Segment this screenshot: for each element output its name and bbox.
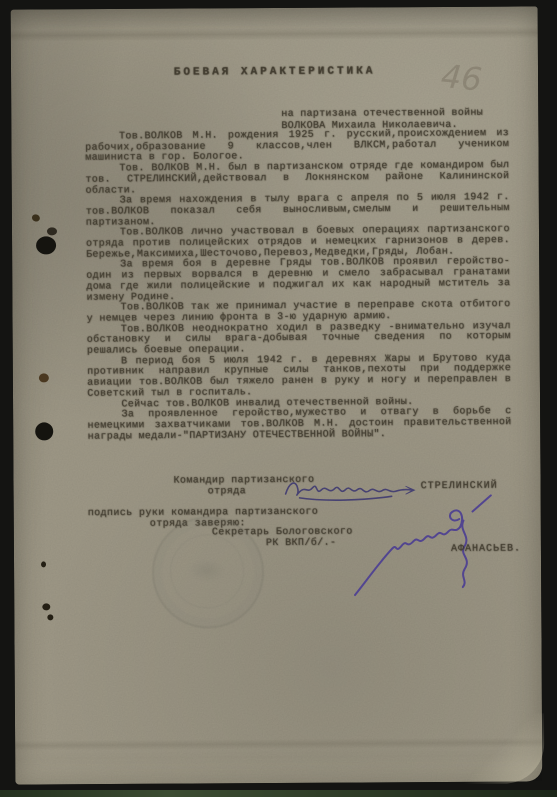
paper-speck (31, 213, 41, 222)
paragraph: За время боя в деревне Гряды тов.ВОЛКОВ … (86, 257, 510, 304)
punch-hole (35, 422, 53, 440)
paper-speck (47, 614, 53, 620)
paragraph: За проявленное геройство,мужество и отва… (87, 407, 511, 443)
scanner-edge-strip (0, 790, 557, 797)
paper-crease (11, 26, 538, 41)
document-body: Тов.ВОЛКОВ М.Н. рождения 1925 г. русский… (85, 129, 512, 443)
paragraph: Тов. ВОЛКОВ М.Н. был в партизанском отря… (85, 161, 509, 197)
secretary-name: АФАНАСЬЕВ. (451, 544, 521, 555)
paragraph: Тов.ВОЛКОВ М.Н. рождения 1925 г. русский… (85, 129, 509, 165)
stamp-center-smudge (188, 558, 226, 582)
secretary-title-line-2: РК ВКП/б/.- (266, 538, 353, 550)
paper-curled-corner (344, 713, 544, 784)
handwritten-page-number: 46 (439, 57, 483, 99)
scanned-document-page: 46 БОЕВАЯ ХАРАКТЕРИСТИКА на партизана от… (11, 6, 543, 784)
paragraph: Тов.ВОЛКОВ неоднократно ходил в разведку… (87, 322, 511, 358)
paper-speck (42, 603, 50, 610)
subtitle-line-1: на партизана отечественной войны (281, 108, 517, 121)
round-stamp-icon (152, 516, 265, 629)
paper-speck (39, 373, 49, 382)
paper-speck (41, 561, 46, 567)
punch-hole (36, 236, 56, 254)
paragraph: В период боя 5 июля 1942 г. в деревнях Ж… (87, 354, 511, 401)
